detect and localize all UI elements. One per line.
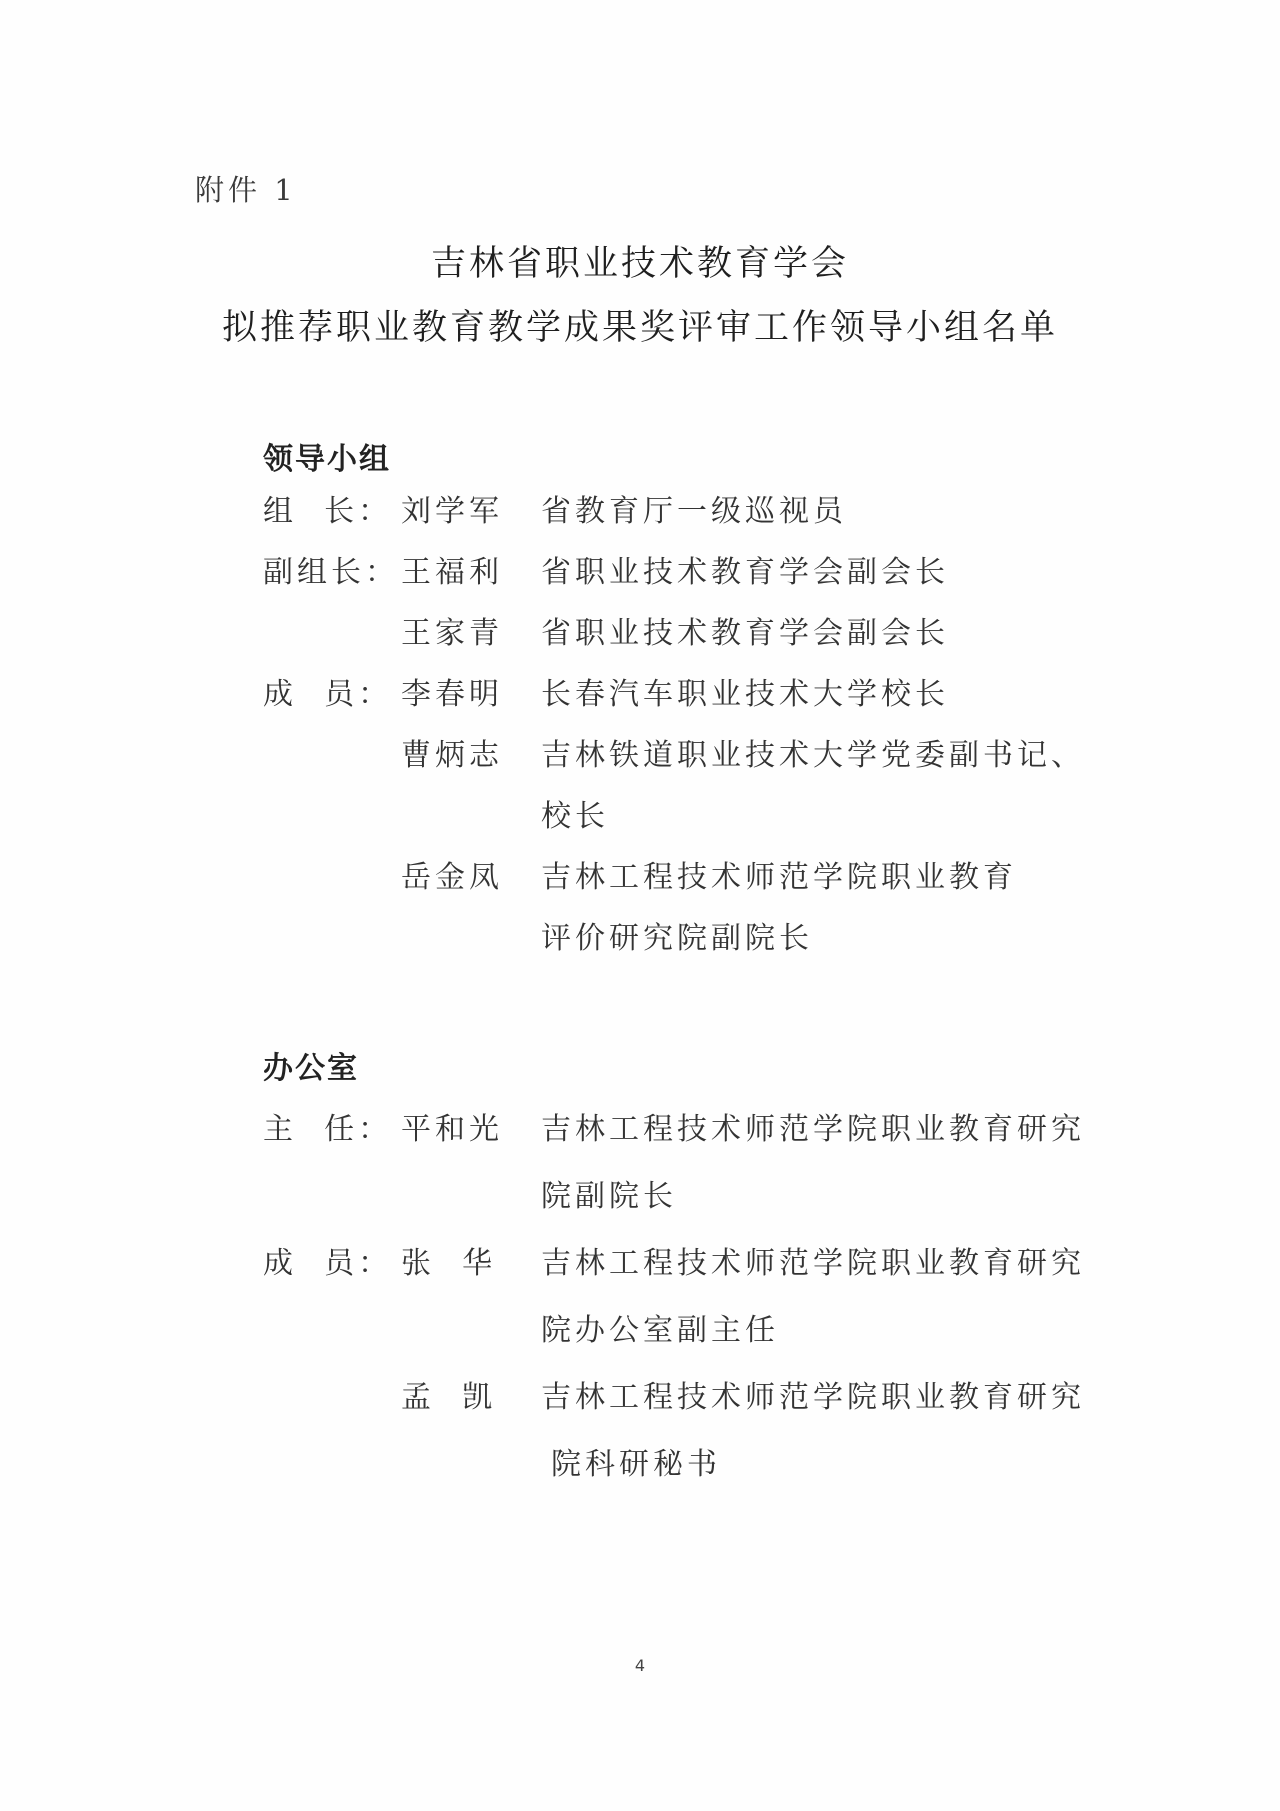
member-title: 长春汽车职业技术大学校长 (541, 675, 949, 715)
member-role: 成 员： (263, 1244, 403, 1284)
member-title-continued: 评价研究院副院长 (541, 919, 813, 959)
member-title: 吉林工程技术师范学院职业教育研究 (541, 1244, 1085, 1284)
member-name: 王家青 (401, 614, 531, 654)
member-title: 吉林工程技术师范学院职业教育 (541, 858, 1017, 898)
member-title-continued: 院科研秘书 (551, 1445, 721, 1485)
member-title: 省职业技术教育学会副会长 (541, 553, 949, 593)
member-title: 省教育厅一级巡视员 (541, 492, 847, 532)
member-role: 副组长： (263, 553, 403, 593)
member-title-continued: 校长 (541, 797, 609, 837)
member-title: 吉林铁道职业技术大学党委副书记、 (541, 736, 1085, 776)
attachment-label: 附件 1 (195, 168, 297, 209)
member-title-continued: 院办公室副主任 (541, 1311, 779, 1351)
document-title-line-1: 吉林省职业技术教育学会 (0, 236, 1280, 286)
member-title: 吉林工程技术师范学院职业教育研究 (541, 1110, 1085, 1150)
member-role: 主 任： (263, 1110, 403, 1150)
member-name: 李春明 (401, 675, 531, 715)
document-page: 附件 1 吉林省职业技术教育学会 拟推荐职业教育教学成果奖评审工作领导小组名单 … (0, 0, 1280, 1811)
member-name: 岳金凤 (401, 858, 531, 898)
document-title-line-2: 拟推荐职业教育教学成果奖评审工作领导小组名单 (0, 300, 1280, 350)
member-role: 组 长： (263, 492, 403, 532)
member-name: 平和光 (401, 1110, 531, 1150)
member-title: 吉林工程技术师范学院职业教育研究 (541, 1378, 1085, 1418)
member-name: 刘学军 (401, 492, 531, 532)
member-role: 成 员： (263, 675, 403, 715)
section-heading-office: 办公室 (263, 1043, 359, 1087)
member-title-continued: 院副院长 (541, 1177, 677, 1217)
page-number: 4 (0, 1656, 1280, 1675)
member-name: 曹炳志 (401, 736, 531, 776)
member-name: 王福利 (401, 553, 531, 593)
member-name: 孟 凯 (401, 1378, 531, 1418)
section-heading-leading-group: 领导小组 (263, 434, 391, 478)
member-title: 省职业技术教育学会副会长 (541, 614, 949, 654)
member-name: 张 华 (401, 1244, 531, 1284)
